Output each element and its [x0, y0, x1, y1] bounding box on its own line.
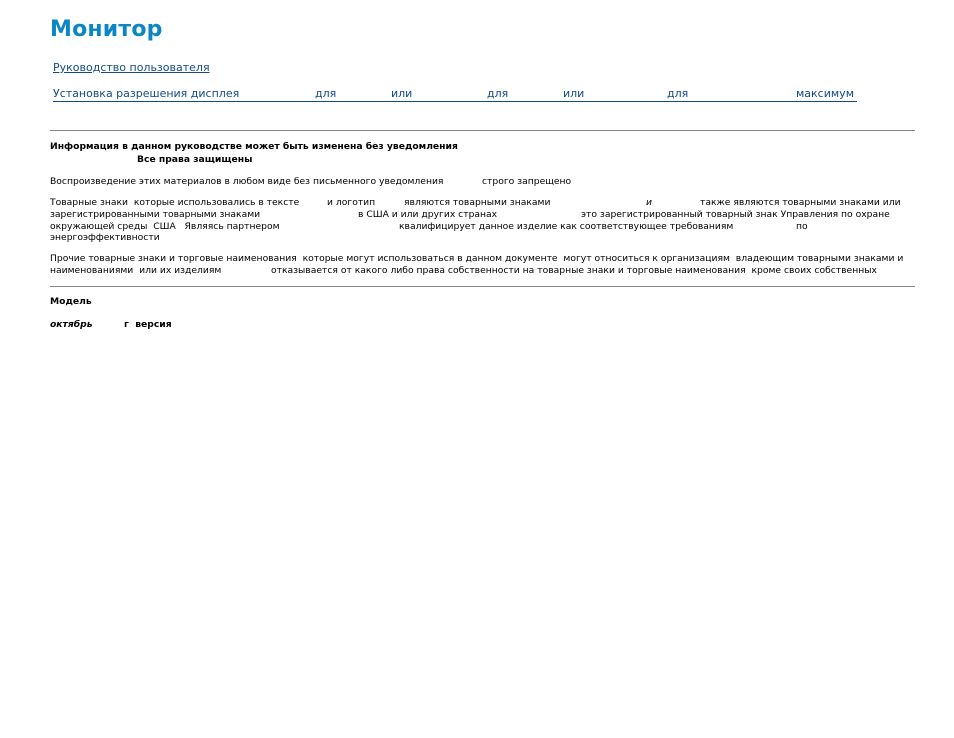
link-part: или	[563, 87, 584, 100]
display-resolution-label: Установка разрешения дисплея	[53, 87, 239, 100]
rights-notice: Все права защищены	[137, 154, 252, 166]
display-resolution-link[interactable]: Установка разрешения дисплея для или для…	[53, 87, 857, 102]
other-trademarks-text: отказывается от какого либо права собств…	[271, 265, 877, 277]
release-month: октябрь	[50, 319, 93, 331]
release-version: г версия	[124, 319, 172, 331]
link-part: максимум	[796, 87, 854, 100]
trademarks-text: и	[646, 197, 652, 209]
trademarks-text: и логотип	[327, 197, 375, 209]
link-part: или	[391, 87, 412, 100]
link-part: для	[487, 87, 508, 100]
other-trademarks-text: наименованиями или их изделиям	[50, 265, 221, 277]
divider	[50, 286, 915, 287]
trademarks-text: энергоэффективности	[50, 232, 160, 244]
trademarks-text: окружающей среды США Являясь партнером	[50, 221, 280, 233]
info-notice: Информация в данном руководстве может бы…	[50, 141, 458, 153]
reproduction-text-end: строго запрещено	[482, 176, 571, 188]
trademarks-text: квалифицирует данное изделие как соответ…	[399, 221, 733, 233]
link-part: для	[667, 87, 688, 100]
trademarks-text: Товарные знаки которые использовались в …	[50, 197, 299, 209]
trademarks-text: также являются товарными знаками или	[700, 197, 901, 209]
divider	[50, 130, 915, 131]
other-trademarks-text: Прочие товарные знаки и торговые наимено…	[50, 253, 903, 265]
user-guide-link[interactable]: Руководство пользователя	[53, 61, 210, 74]
model-label: Модель	[50, 296, 92, 308]
trademarks-text: это зарегистрированный товарный знак Упр…	[581, 209, 890, 221]
trademarks-text: по	[796, 221, 808, 233]
trademarks-text: зарегистрированными товарными знаками	[50, 209, 260, 221]
trademarks-text: являются товарными знаками	[404, 197, 550, 209]
link-part: для	[315, 87, 336, 100]
trademarks-text: в США и или других странах	[358, 209, 497, 221]
page-title: Монитор	[50, 17, 163, 42]
reproduction-text: Воспроизведение этих материалов в любом …	[50, 176, 443, 188]
